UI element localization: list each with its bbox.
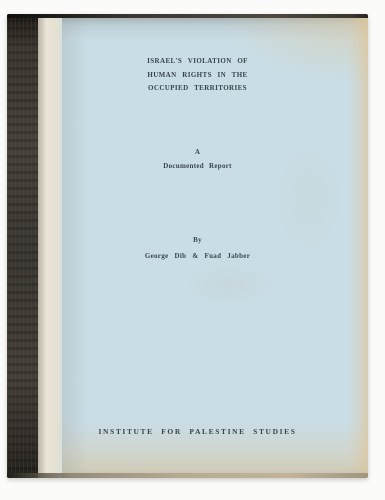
cover-subtitle: A Documented Report	[30, 145, 365, 173]
cover-text: ISRAEL'S VIOLATION OF HUMAN RIGHTS IN TH…	[30, 14, 365, 478]
title-line-3: OCCUPIED TERRITORIES	[30, 82, 365, 96]
title-line-2: HUMAN RIGHTS IN THE	[30, 69, 365, 83]
byline-label: By	[30, 232, 365, 248]
cover-title: ISRAEL'S VIOLATION OF HUMAN RIGHTS IN TH…	[30, 55, 365, 96]
cover-publisher: INSTITUTE FOR PALESTINE STUDIES	[30, 427, 365, 436]
title-line-1: ISRAEL'S VIOLATION OF	[30, 55, 365, 69]
subtitle-text: Documented Report	[30, 159, 365, 173]
cover-byline: By George Dib & Fuad Jabber	[30, 232, 365, 264]
subtitle-article: A	[30, 145, 365, 159]
byline-authors: George Dib & Fuad Jabber	[30, 248, 365, 264]
book-cover-photo: ISRAEL'S VIOLATION OF HUMAN RIGHTS IN TH…	[7, 14, 368, 478]
